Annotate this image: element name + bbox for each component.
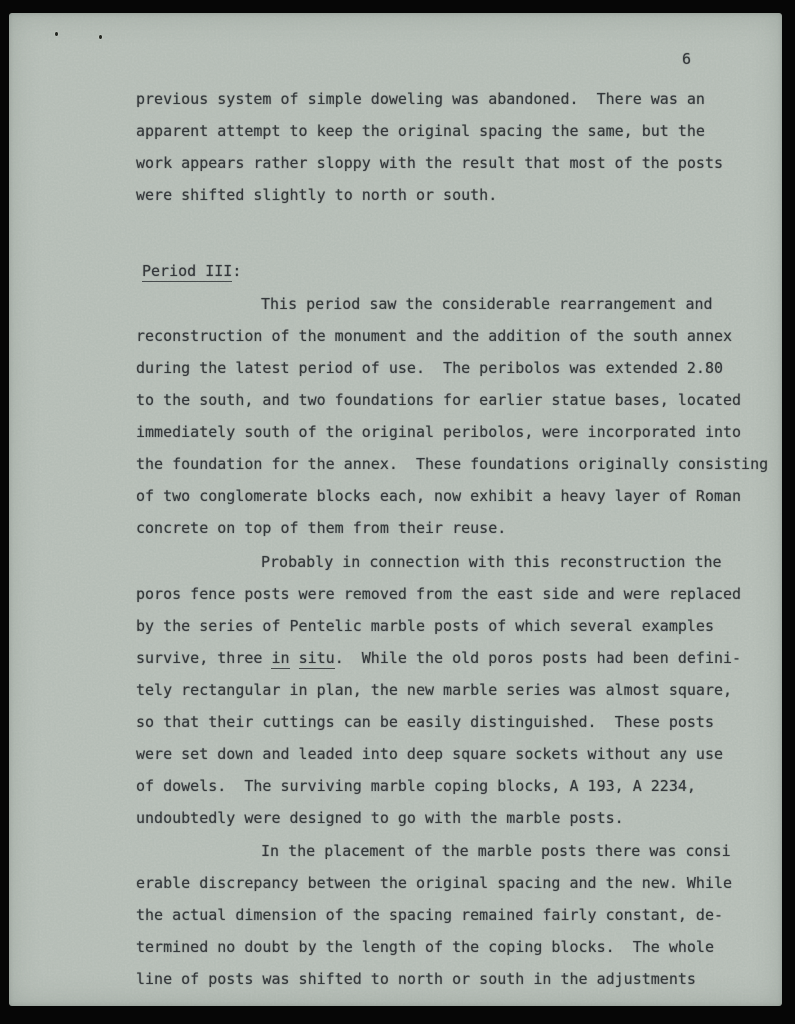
underlined-latin-term: situ <box>299 649 335 669</box>
paragraph-text: In the placement of the marble posts the… <box>261 842 731 860</box>
scanned-page-background: 6 previous system of simple doweling was… <box>0 0 795 1024</box>
pin-hole-mark <box>99 35 102 39</box>
paragraph-marble-posts: Probably in connection with this reconst… <box>136 546 741 834</box>
paragraph-text: . While the old poros posts had been def… <box>136 649 741 827</box>
paragraph-placement-discrepancy: In the placement of the marble posts the… <box>136 835 795 995</box>
paragraph-period-ii-continuation: previous system of simple doweling was a… <box>136 83 723 211</box>
paragraph-text: - erable discrepancy between the origina… <box>136 842 795 988</box>
page-number: 6 <box>682 43 691 75</box>
word-space <box>290 649 299 667</box>
paragraph-text: This period saw the considerable rearran… <box>136 295 768 537</box>
handwritten-correction: d <box>727 834 795 866</box>
heading-underlined-text: Period III <box>142 262 232 282</box>
section-heading-period-iii: Period III: <box>142 255 241 287</box>
underlined-latin-term: in <box>271 649 289 669</box>
heading-colon: : <box>232 262 241 280</box>
pin-hole-mark <box>55 32 58 36</box>
paragraph-text: previous system of simple doweling was a… <box>136 90 723 204</box>
paragraph-reconstruction: This period saw the considerable rearran… <box>136 288 768 544</box>
paper: 6 previous system of simple doweling was… <box>9 13 782 1006</box>
